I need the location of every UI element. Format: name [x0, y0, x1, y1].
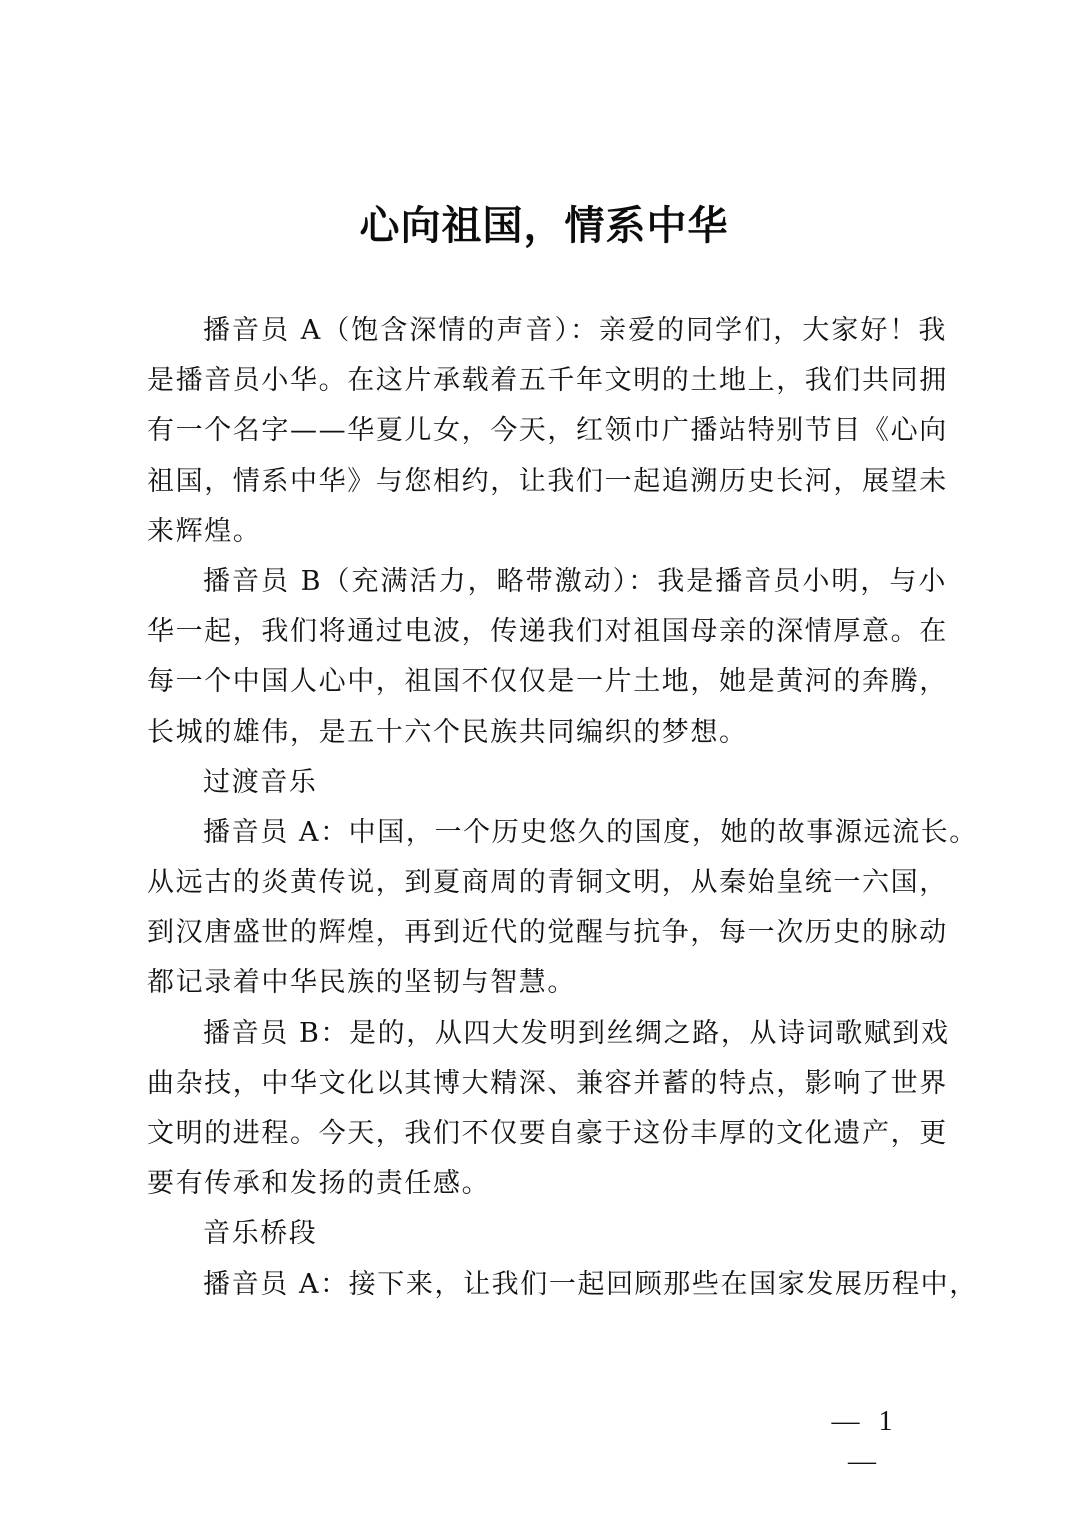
text-line: 有一个名字——华夏儿女，今天，红领巾广播站特别节目《心向	[147, 406, 947, 456]
text-line: 文明的进程。今天，我们不仅要自豪于这份丰厚的文化遗产，更	[147, 1109, 947, 1159]
text-line: 过渡音乐	[147, 758, 947, 808]
paragraph-announcer-b-culture: 播音员 B：是的，从四大发明到丝绸之路，从诗词歌赋到戏 曲杂技，中华文化以其博大…	[147, 1009, 947, 1210]
text-line: 每一个中国人心中，祖国不仅仅是一片土地，她是黄河的奔腾，	[147, 657, 947, 707]
text-line: 要有传承和发扬的责任感。	[147, 1159, 947, 1209]
paragraph-announcer-a-review: 播音员 A：接下来，让我们一起回顾那些在国家发展历程中，	[147, 1260, 947, 1310]
text-line: 播音员 A：接下来，让我们一起回顾那些在国家发展历程中，	[147, 1260, 947, 1310]
paragraph-announcer-b-intro: 播音员 B（充满活力，略带激动）：我是播音员小明，与小 华一起，我们将通过电波，…	[147, 557, 947, 758]
text-line: 都记录着中华民族的坚韧与智慧。	[147, 958, 947, 1008]
stage-direction-transition-music: 过渡音乐	[147, 758, 947, 808]
text-line: 音乐桥段	[147, 1209, 947, 1259]
text-line: 播音员 B（充满活力，略带激动）：我是播音员小明，与小	[147, 557, 947, 607]
text-line: 华一起，我们将通过电波，传递我们对祖国母亲的深情厚意。在	[147, 607, 947, 657]
text-line: 播音员 A：中国，一个历史悠久的国度，她的故事源远流长。	[147, 808, 947, 858]
paragraph-announcer-a-history: 播音员 A：中国，一个历史悠久的国度，她的故事源远流长。 从远古的炎黄传说，到夏…	[147, 808, 947, 1009]
text-line: 祖国，情系中华》与您相约，让我们一起追溯历史长河，展望未	[147, 457, 947, 507]
text-line: 来辉煌。	[147, 507, 947, 557]
text-line: 播音员 A（饱含深情的声音）：亲爱的同学们，大家好！我	[147, 306, 947, 356]
document-page: 心向祖国，情系中华 播音员 A（饱含深情的声音）：亲爱的同学们，大家好！我 是播…	[0, 0, 1080, 1527]
text-line: 长城的雄伟，是五十六个民族共同编织的梦想。	[147, 708, 947, 758]
document-title: 心向祖国，情系中华	[0, 198, 1080, 254]
paragraph-announcer-a-intro: 播音员 A（饱含深情的声音）：亲爱的同学们，大家好！我 是播音员小华。在这片承载…	[147, 306, 947, 557]
text-line: 从远古的炎黄传说，到夏商周的青铜文明，从秦始皇统一六国，	[147, 858, 947, 908]
text-line: 曲杂技，中华文化以其博大精深、兼容并蓄的特点，影响了世界	[147, 1059, 947, 1109]
text-line: 播音员 B：是的，从四大发明到丝绸之路，从诗词歌赋到戏	[147, 1009, 947, 1059]
text-line: 到汉唐盛世的辉煌，再到近代的觉醒与抗争，每一次历史的脉动	[147, 908, 947, 958]
page-number: — 1 —	[810, 1402, 920, 1482]
stage-direction-music-bridge: 音乐桥段	[147, 1209, 947, 1259]
text-line: 是播音员小华。在这片承载着五千年文明的土地上，我们共同拥	[147, 356, 947, 406]
document-body: 播音员 A（饱含深情的声音）：亲爱的同学们，大家好！我 是播音员小华。在这片承载…	[147, 306, 947, 1310]
